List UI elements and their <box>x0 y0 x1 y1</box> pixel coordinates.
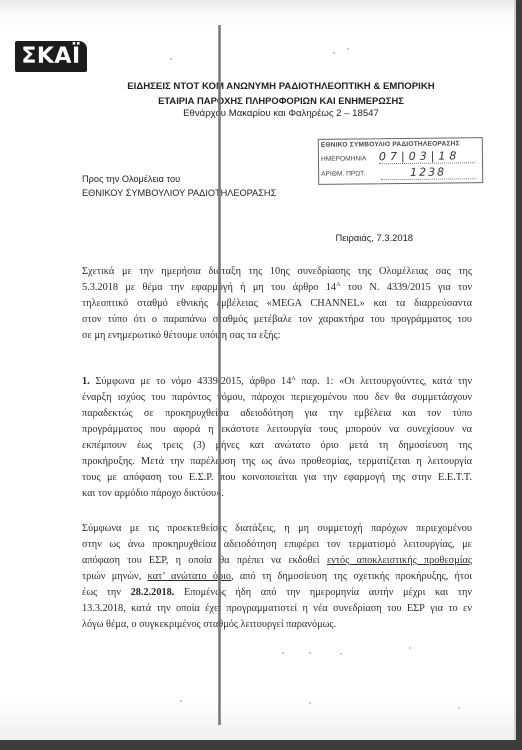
registry-stamp: ΕΘΝΙΚΟ ΣΥΜΒΟΥΛΙΟ ΡΑΔΙΟΤΗΛΕΟΡΑΣΗΣ ΗΜΕΡΟΜΗ… <box>318 137 483 185</box>
scan-speck <box>309 702 311 704</box>
text-line: 5.3.2018 με θέμα την εφαρμογή ή μη του ά… <box>82 280 472 296</box>
scan-speck <box>340 653 342 655</box>
scan-speck <box>458 707 460 709</box>
paragraph-law-quote: 1. Σύμφωνα με το νόμο 4339/2015, άρθρο 1… <box>82 374 472 502</box>
scan-speck <box>347 48 349 50</box>
text-line: απόφαση του ΕΣΡ, η οποία θα πρέπει να εκ… <box>82 553 472 569</box>
text-line: εκπέμπουν έως τρεις (3) μήνες κατ ανώτατ… <box>82 438 472 454</box>
scan-speck <box>409 647 411 649</box>
stamp-date-label: ΗΜΕΡΟΜΗΝΙΑ <box>321 155 367 162</box>
scanned-document-page: ΣΚΑΪ ΕΙΔΗΣΕΙΣ ΝΤΟΤ ΚΟΜ ΑΝΩΝΥΜΗ ΡΑΔΙΟΤΗΛΕ… <box>0 0 516 740</box>
text-line: Σύμφωνα με τις προεκτεθείσες διατάξεις, … <box>82 521 472 537</box>
recipient-block: Προς την Ολομέλεια του ΕΘΝΙΚΟΥ ΣΥΜΒΟΥΛΙΟ… <box>82 172 276 200</box>
recipient-line2: ΕΘΝΙΚΟΥ ΣΥΜΒΟΥΛΙΟΥ ΡΑΔΙΟΤΗΛΕΟΡΑΣΗΣ <box>82 186 276 200</box>
text-line: 1. Σύμφωνα με το νόμο 4339/2015, άρθρο 1… <box>82 374 472 390</box>
text-line: 13.3.2018, κατά την οποία έχει προγραμμα… <box>82 601 472 617</box>
text-line: στον τύπο ότι ο παραπάνω σταθμός μετέβαλ… <box>82 312 472 328</box>
text-line: λόγω θέμα, ο συγκεκριμένος σταθμός λειτο… <box>82 617 472 633</box>
text-line: έως την 28.2.2018. Επομένως ήδη από την … <box>82 585 472 601</box>
text-line: τους με απόφαση του Ε.Σ.Ρ. που κοινοποιε… <box>82 470 472 486</box>
stamp-protocol-label: ΑΡΙΘΜ. ΠΡΩΤ. <box>321 170 365 177</box>
company-address: Εθνάρχου Μακαρίου και Φαληρέως 2 – 18547 <box>40 107 516 120</box>
text-line: τηλεοπτικό σταθμό εθνικής εμβέλειας «MEG… <box>82 296 472 312</box>
company-name-line1: ΕΙΔΗΣΕΙΣ ΝΤΟΤ ΚΟΜ ΑΝΩΝΥΜΗ ΡΑΔΙΟΤΗΛΕΟΠΤΙΚ… <box>40 80 516 94</box>
stamp-date-value: 07|03|18 <box>379 149 475 164</box>
recipient-line1: Προς την Ολομέλεια του <box>82 172 276 186</box>
letterhead: ΕΙΔΗΣΕΙΣ ΝΤΟΤ ΚΟΜ ΑΝΩΝΥΜΗ ΡΑΔΙΟΤΗΛΕΟΠΤΙΚ… <box>0 80 516 120</box>
paragraph-conclusion: Σύμφωνα με τις προεκτεθείσες διατάξεις, … <box>82 521 472 633</box>
text-line: και τον αρμόδιο πάροχο δικτύου». <box>82 486 472 502</box>
text-line: προγράμματος που αφορά η εκάστοτε λειτου… <box>82 422 472 438</box>
scan-speck <box>170 58 172 60</box>
text-line: Σχετικά με την ημερήσια διάταξη της 10ης… <box>82 264 472 280</box>
text-line: σε μη ενημερωτικό θέτουμε υπόψη σας τα ε… <box>82 328 472 344</box>
stamp-title: ΕΘΝΙΚΟ ΣΥΜΒΟΥΛΙΟ ΡΑΔΙΟΤΗΛΕΟΡΑΣΗΣ <box>321 140 460 148</box>
paragraph-intro: Σχετικά με την ημερήσια διάταξη της 10ης… <box>82 264 472 344</box>
skai-logo-icon: ΣΚΑΪ <box>15 41 87 72</box>
text-line: τριών μηνών, κατ’ ανώτατο όριο, από τη δ… <box>82 569 472 585</box>
scan-speck <box>333 52 335 54</box>
viewer-right-edge <box>516 0 522 750</box>
text-line: προκήρυξης. Μετά την παρέλευση της ως άν… <box>82 454 472 470</box>
stamp-protocol-value: 1238 <box>381 165 475 180</box>
date-place: Πειραιάς, 7.3.2018 <box>0 232 413 243</box>
text-line: παραδεκτώς σε προκηρυχθείσα αδειοδότηση … <box>82 406 472 422</box>
scan-fold-line <box>218 25 221 725</box>
scan-speck <box>282 652 284 654</box>
scan-speck <box>309 652 311 654</box>
viewer-bottom-edge <box>0 740 522 750</box>
text-line: έναρξη ισχύος του παρόντος νόμου, πάροχο… <box>82 390 472 406</box>
company-name-line2: ΕΤΑΙΡΙΑ ΠΑΡΟΧΗΣ ΠΛΗΡΟΦΟΡΙΩΝ ΚΑΙ ΕΝΗΜΕΡΩΣ… <box>40 94 516 107</box>
scan-speck <box>180 700 182 702</box>
text-line: στην ως άνω προκηρυχθείσα αδειοδότηση επ… <box>82 537 472 553</box>
